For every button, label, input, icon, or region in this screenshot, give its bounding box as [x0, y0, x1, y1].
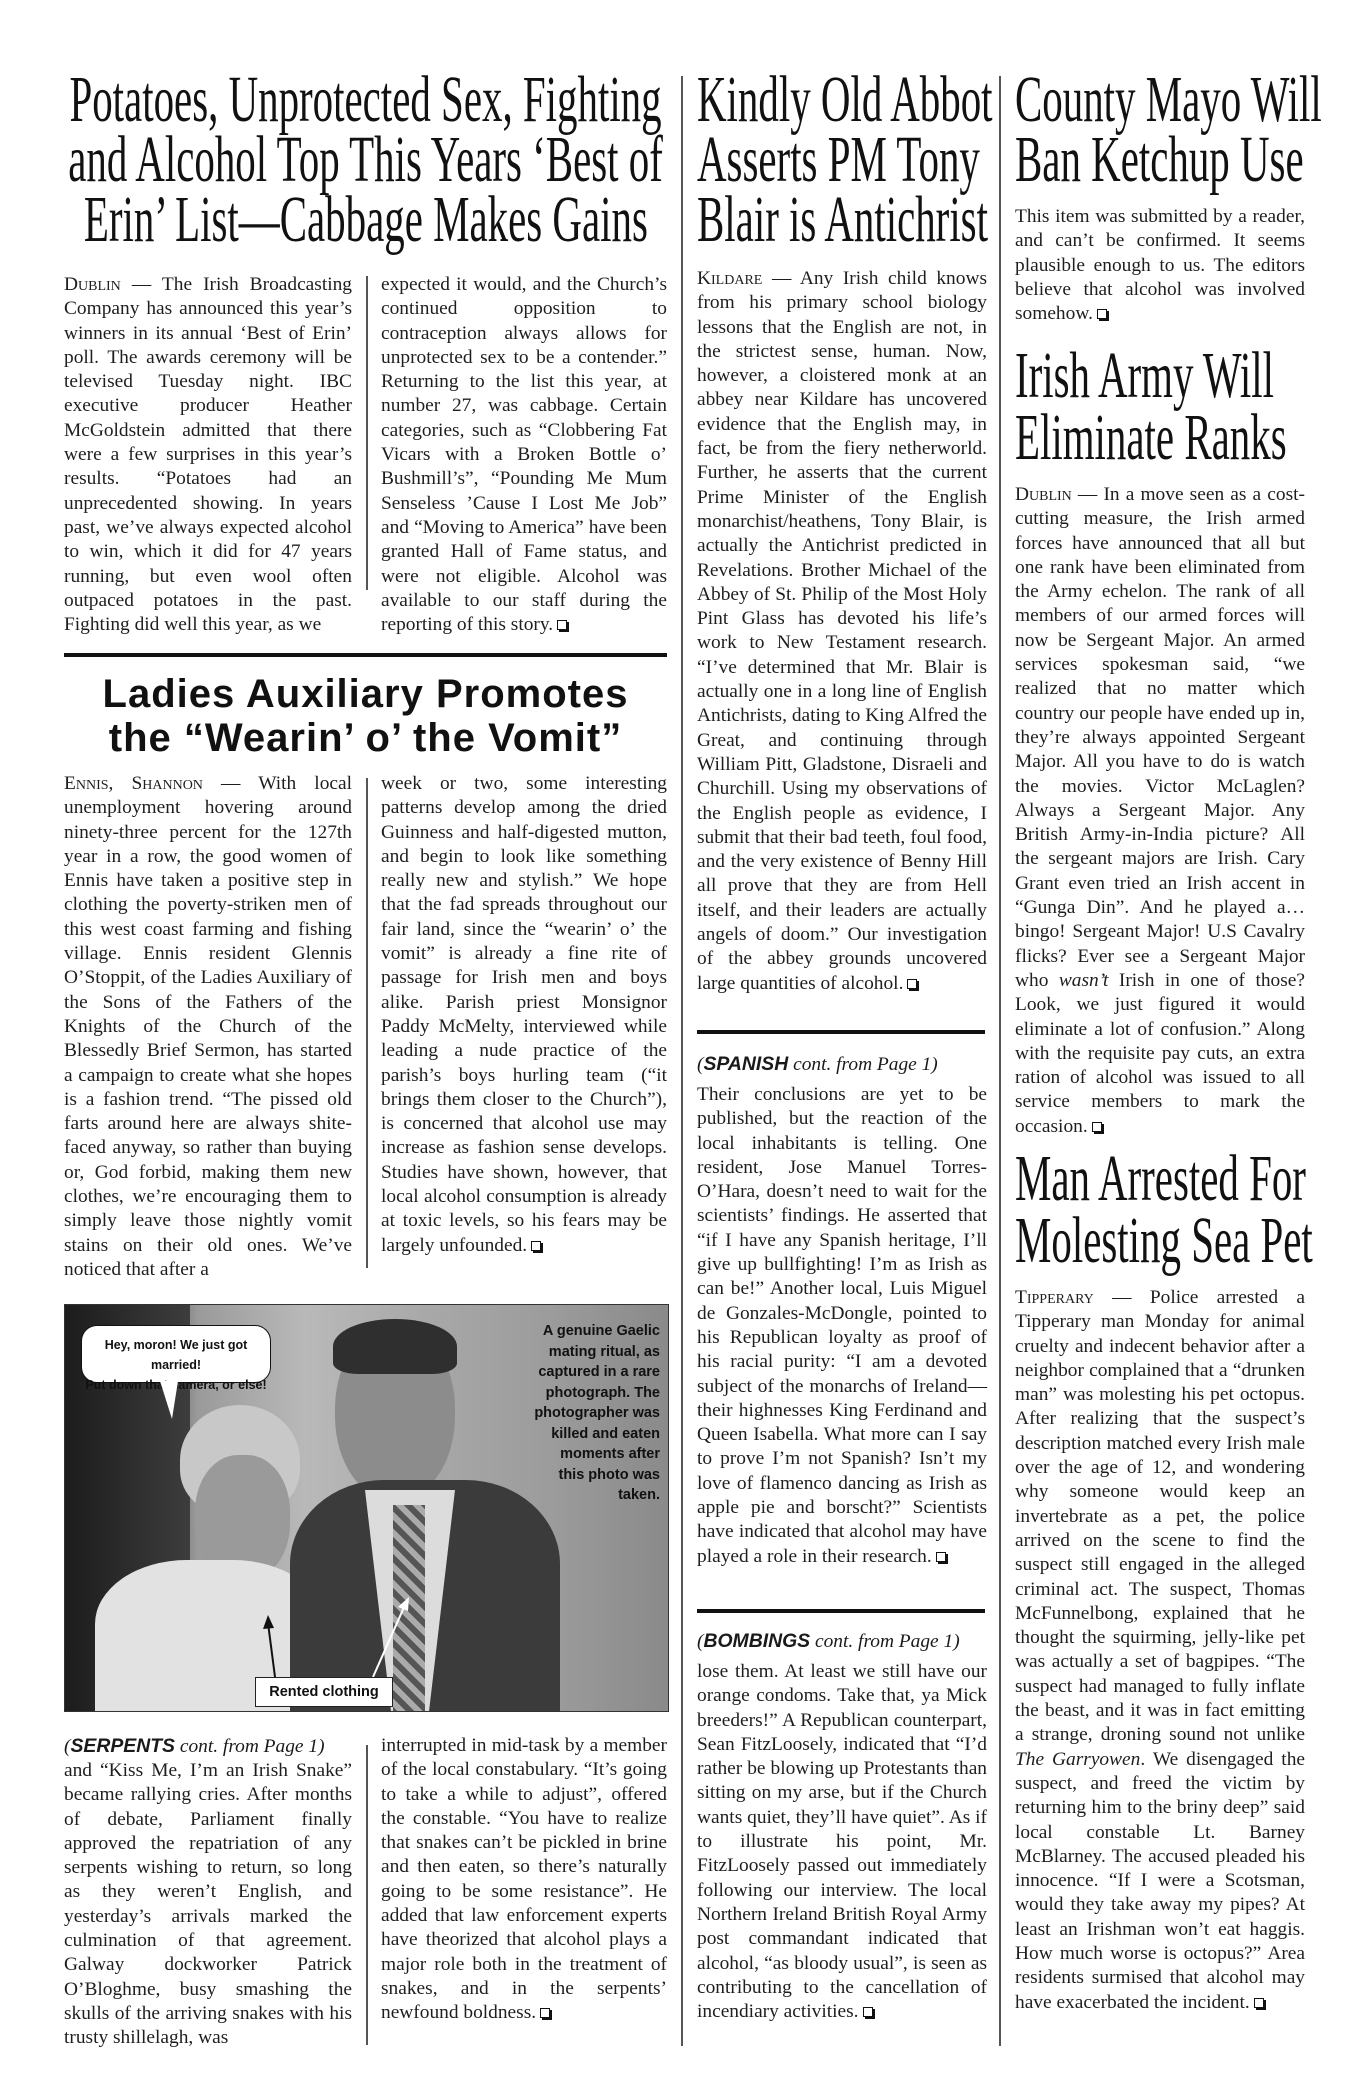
- ladies-column-2: week or two, some interesting patterns d…: [381, 772, 667, 1258]
- headline-line: Asserts PM Tony: [697, 130, 877, 190]
- serpents-column-1: (SERPENTS cont. from Page 1) and “Kiss M…: [64, 1734, 352, 2051]
- article-body: Their conclusions are yet to be publishe…: [697, 1083, 987, 1569]
- headline-line: Man Arrested For: [1015, 1148, 1195, 1210]
- body-text: and “Kiss Me, I’m an Irish Snake” became…: [64, 1760, 352, 2048]
- article-ketchup: County Mayo Will Ban Ketchup Use This it…: [1015, 70, 1305, 326]
- cont-keyword: SERPENTS: [70, 1735, 175, 1757]
- headline-potatoes: Potatoes, Unprotected Sex, Fighting and …: [64, 70, 667, 250]
- dateline: Tipperary: [1015, 1287, 1094, 1308]
- column-divider: [366, 778, 368, 1268]
- newspaper-page: Potatoes, Unprotected Sex, Fighting and …: [0, 0, 1359, 2100]
- continuation-line: (SERPENTS cont. from Page 1): [64, 1734, 352, 1759]
- headline-line: Molesting Sea Pet: [1015, 1210, 1195, 1272]
- body-text: expected it would, and the Church’s cont…: [381, 274, 667, 635]
- section-rule: [64, 653, 667, 657]
- body-text: lose them. At least we still have our or…: [697, 1661, 987, 2022]
- end-mark-icon: [540, 2008, 550, 2018]
- body-text: — In a move seen as a cost-cutting measu…: [1015, 484, 1305, 991]
- column-divider: [681, 76, 683, 2046]
- article-body: Dublin — The Irish Broadcasting Company …: [64, 273, 352, 637]
- end-mark-icon: [1097, 309, 1107, 319]
- article-body: This item was submitted by a reader, and…: [1015, 205, 1305, 326]
- continuation-line: (BOMBINGS cont. from Page 1): [697, 1629, 987, 1654]
- body-text: — The Irish Broadcasting Company has ann…: [64, 274, 352, 635]
- article-body: Ennis, Shannon — With local unemployment…: [64, 772, 352, 1282]
- headline-octopus: Man Arrested For Molesting Sea Pet: [1015, 1148, 1305, 1272]
- end-mark-icon: [531, 1241, 541, 1251]
- article-body: expected it would, and the Church’s cont…: [381, 273, 667, 637]
- headline-ketchup: County Mayo Will Ban Ketchup Use: [1015, 70, 1305, 190]
- body-text: — Any Irish child knows from his primary…: [697, 268, 987, 994]
- article-abbot: Kindly Old Abbot Asserts PM Tony Blair i…: [697, 70, 987, 996]
- article-body: interrupted in mid-task by a member of t…: [381, 1734, 667, 2026]
- headline-line: and Alcohol Top This Years ‘Best of: [68, 130, 663, 190]
- article-body: week or two, some interesting patterns d…: [381, 772, 667, 1258]
- article-body: Tipperary — Police arrested a Tipperary …: [1015, 1286, 1305, 2015]
- emphasis-text: The Garryowen: [1015, 1749, 1140, 1770]
- headline-line: Erin’ List—Cabbage Makes Gains: [83, 190, 647, 250]
- headline-line: Ban Ketchup Use: [1015, 130, 1195, 190]
- emphasis-text: wasn’t: [1059, 970, 1109, 991]
- continuation-line: (SPANISH cont. from Page 1): [697, 1052, 987, 1077]
- body-text: — With local unemployment hovering aroun…: [64, 773, 352, 1280]
- end-mark-icon: [1254, 1998, 1264, 2008]
- body-text: Irish in one of those? Look, we just fig…: [1015, 970, 1305, 1137]
- rented-clothing-label: Rented clothing: [255, 1677, 393, 1707]
- cont-suffix: cont. from Page 1): [175, 1736, 325, 1757]
- article-ladies-auxiliary: Ladies Auxiliary Promotes the “Wearin’ o…: [64, 672, 667, 760]
- potatoes-column-2: expected it would, and the Church’s cont…: [381, 273, 667, 637]
- bombings-continuation: (BOMBINGS cont. from Page 1) lose them. …: [697, 1629, 987, 2024]
- body-text: Their conclusions are yet to be publishe…: [697, 1084, 987, 1567]
- headline-line: Eliminate Ranks: [1015, 407, 1195, 469]
- potatoes-column-1: Dublin — The Irish Broadcasting Company …: [64, 273, 352, 637]
- article-body: Dublin — In a move seen as a cost-cuttin…: [1015, 483, 1305, 1139]
- headline-ladies: Ladies Auxiliary Promotes the “Wearin’ o…: [64, 672, 667, 760]
- body-text: . We disengaged the suspect, and freed t…: [1015, 1749, 1305, 2013]
- dateline: Ennis, Shannon: [64, 773, 203, 794]
- column-divider: [366, 1745, 368, 2045]
- headline-line: Blair is Antichrist: [697, 190, 877, 250]
- cont-suffix: cont. from Page 1): [810, 1631, 960, 1652]
- article-body: lose them. At least we still have our or…: [697, 1660, 987, 2024]
- dateline: Dublin: [1015, 484, 1072, 505]
- body-text: This item was submitted by a reader, and…: [1015, 206, 1305, 324]
- body-text: week or two, some interesting patterns d…: [381, 773, 667, 1256]
- end-mark-icon: [863, 2007, 873, 2017]
- spanish-continuation: (SPANISH cont. from Page 1) Their conclu…: [697, 1052, 987, 1569]
- body-text: interrupted in mid-task by a member of t…: [381, 1735, 667, 2023]
- headline-line: Kindly Old Abbot: [697, 70, 877, 130]
- cont-keyword: SPANISH: [703, 1053, 788, 1075]
- article-potatoes: Potatoes, Unprotected Sex, Fighting and …: [64, 70, 667, 250]
- headline-line: County Mayo Will: [1015, 70, 1195, 130]
- dateline: Kildare: [697, 268, 762, 289]
- cont-suffix: cont. from Page 1): [788, 1054, 938, 1075]
- body-text: — Police arrested a Tipperary man Monday…: [1015, 1287, 1305, 1745]
- article-body: and “Kiss Me, I’m an Irish Snake” became…: [64, 1759, 352, 2051]
- serpents-column-2: interrupted in mid-task by a member of t…: [381, 1734, 667, 2026]
- headline-army: Irish Army Will Eliminate Ranks: [1015, 345, 1305, 469]
- ladies-column-1: Ennis, Shannon — With local unemployment…: [64, 772, 352, 1282]
- end-mark-icon: [907, 979, 917, 989]
- end-mark-icon: [936, 1552, 946, 1562]
- cont-keyword: BOMBINGS: [703, 1630, 810, 1652]
- end-mark-icon: [557, 620, 567, 630]
- column-divider: [366, 276, 368, 590]
- article-body: Kildare — Any Irish child knows from his…: [697, 267, 987, 996]
- dateline: Dublin: [64, 274, 121, 295]
- headline-line: Potatoes, Unprotected Sex, Fighting: [69, 70, 661, 130]
- wedding-photo: Hey, moron! We just got married! Put dow…: [64, 1304, 669, 1712]
- headline-line: Irish Army Will: [1015, 345, 1195, 407]
- headline-abbot: Kindly Old Abbot Asserts PM Tony Blair i…: [697, 70, 987, 250]
- article-octopus: Man Arrested For Molesting Sea Pet Tippe…: [1015, 1148, 1305, 2015]
- section-rule: [697, 1609, 985, 1613]
- section-rule: [697, 1030, 985, 1034]
- headline-line: Ladies Auxiliary Promotes: [64, 672, 667, 716]
- headline-line: the “Wearin’ o’ the Vomit”: [64, 716, 667, 760]
- arrow-icon: [65, 1305, 668, 1711]
- end-mark-icon: [1092, 1122, 1102, 1132]
- article-army: Irish Army Will Eliminate Ranks Dublin —…: [1015, 345, 1305, 1139]
- column-divider: [999, 76, 1001, 2046]
